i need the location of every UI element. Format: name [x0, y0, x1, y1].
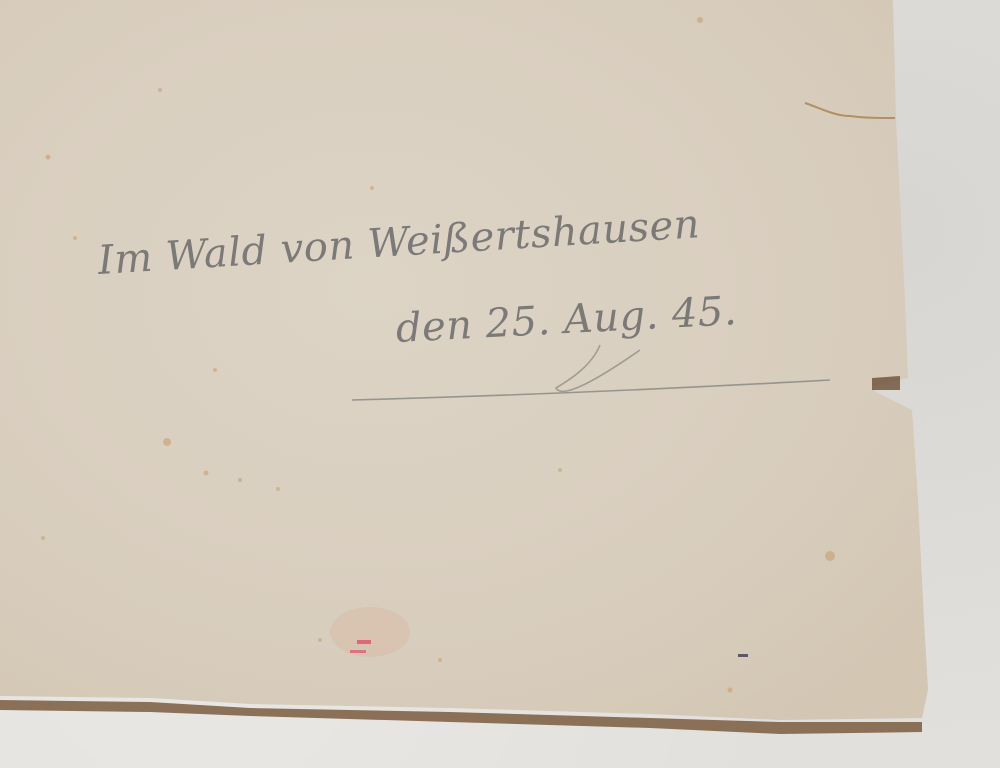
- paper-tear-notch: [872, 376, 900, 390]
- paper-sheet: [0, 0, 1000, 768]
- dark-speck: [738, 654, 748, 657]
- paper-body: [0, 0, 928, 720]
- red-ink-mark: [330, 607, 410, 657]
